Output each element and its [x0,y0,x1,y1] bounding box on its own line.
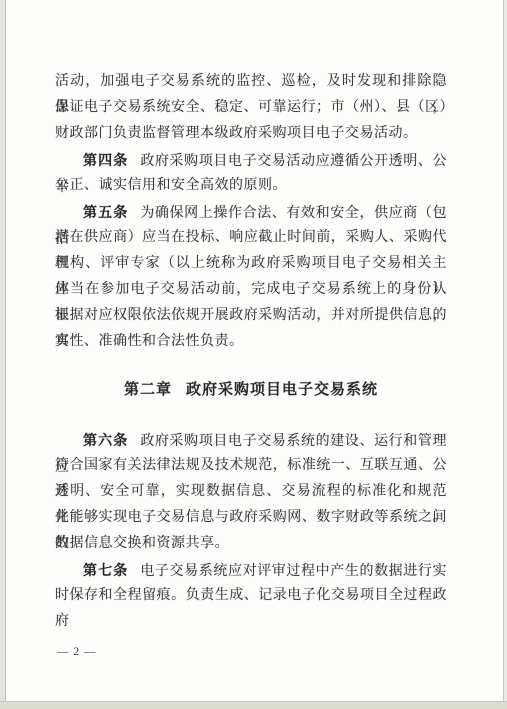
text-line: 透明、安全可靠，实现数据信息、交易流程的标准化和规范化。 [55,479,447,505]
text-line: 第七条电子交易系统应对评审过程中产生的数据进行实 [55,557,447,583]
scan-edge-left [0,0,6,709]
text-line: 第五条为确保网上操作合法、有效和安全，供应商（包括 [55,199,447,225]
scanned-document-page: 活动，加强电子交易系统的监控、巡检，及时发现和排除隐患，保证电子交易系统安全、稳… [0,0,507,709]
scan-edge-right [503,0,507,709]
text-line: 活动，加强电子交易系统的监控、巡检，及时发现和排除隐患， [55,69,447,95]
text-line: 财政部门负责监督管理本级政府采购项目电子交易活动。 [55,121,447,147]
article-number: 第四条 [83,152,128,168]
text-line: 时保存和全程留痕。负责生成、记录电子化交易项目全过程政府 [55,583,447,609]
text-line: 潜在供应商）应当在投标、响应截止时间前，采购人、采购代理 [55,225,447,251]
text-line: 公正、诚实信用和安全高效的原则。 [55,173,447,199]
text-line: 第六条政府采购项目电子交易系统的建设、运行和管理应 [55,427,447,453]
text-line: 实性、准确性和合法性负责。 [55,329,447,355]
text-line: 并能够实现电子交易信息与政府采购网、数字财政等系统之间的 [55,505,447,531]
document-body: 活动，加强电子交易系统的监控、巡检，及时发现和排除隐患，保证电子交易系统安全、稳… [55,69,447,609]
text-line: 机构、评审专家（以上统称为政府采购项目电子交易相关主体） [55,251,447,277]
text-line: 第四条政府采购项目电子交易活动应遵循公开透明、公平 [55,147,447,173]
text-line: 应当在参加电子交易活动前，完成电子交易系统上的身份认证， [55,277,447,303]
scan-edge-bottom [0,701,507,709]
text-line: 符合国家有关法律法规及技术规范，标准统一、互联互通、公开 [55,453,447,479]
text-line: 数据信息交换和资源共享。 [55,531,447,557]
chapter-title: 政府采购项目电子交易系统 [186,381,378,398]
article-number: 第六条 [83,432,128,448]
chapter-number: 第二章 [124,381,172,398]
chapter-heading: 第二章政府采购项目电子交易系统 [55,377,447,403]
page-number: — 2 — [57,644,97,660]
article-number: 第七条 [83,562,128,578]
text-line: 根据对应权限依法依规开展政府采购活动，并对所提供信息的真 [55,303,447,329]
article-number: 第五条 [83,204,128,220]
text-line: 保证电子交易系统安全、稳定、可靠运行；市（州）、县（区） [55,95,447,121]
